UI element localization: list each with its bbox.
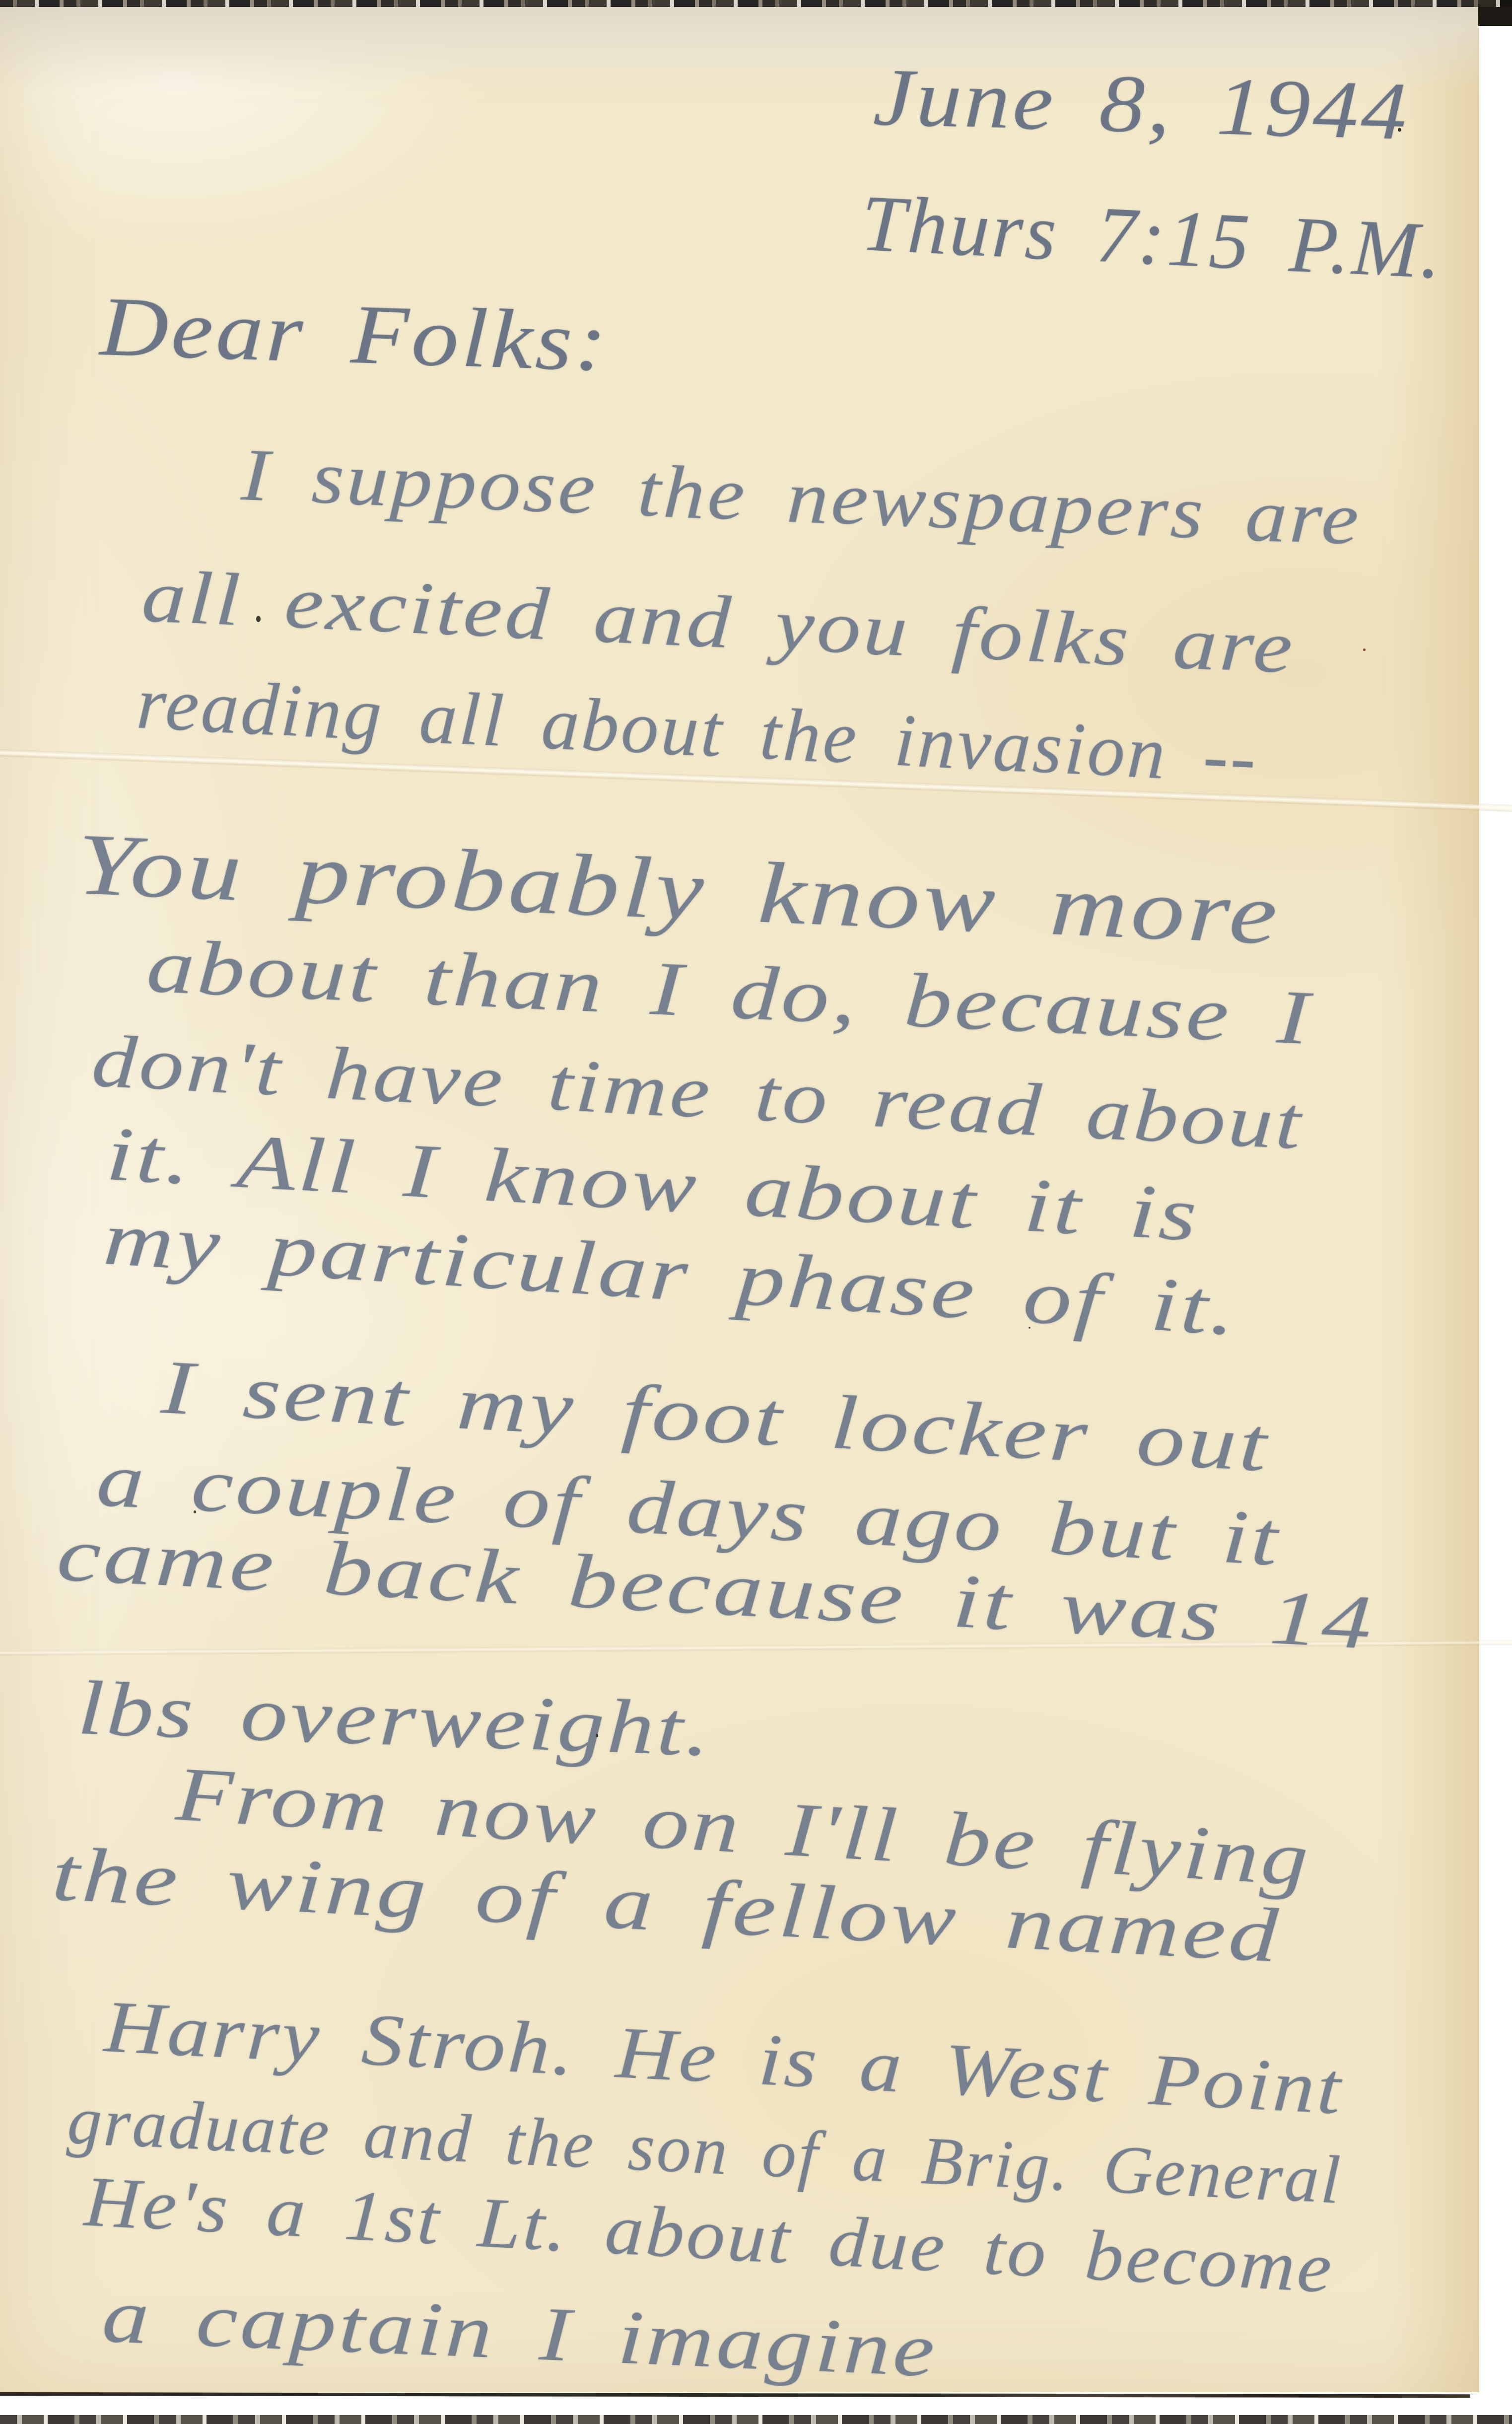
paper-speck: [194, 1510, 196, 1513]
body-line-12: lbs overweight.: [76, 1663, 714, 1775]
body-line-1: I suppose the newspapers are: [240, 432, 1363, 562]
scanner-edge-top: [0, 0, 1512, 7]
paper-speck: [1029, 1327, 1031, 1329]
paper-bottom-edge: [0, 2392, 1470, 2398]
scanner-edge-bottom: [0, 2415, 1512, 2424]
paper-speck: [1398, 128, 1401, 132]
body-line-18: a captain I imagine: [101, 2271, 939, 2395]
paper-speck: [596, 1734, 598, 1737]
paper-speck: [1363, 648, 1366, 651]
salutation-line: Dear Folks:: [99, 278, 611, 391]
date-line: June 8, 1944: [872, 50, 1411, 159]
time-line: Thurs 7:15 P.M.: [859, 177, 1445, 297]
scanned-letter-page: June 8, 1944 Thurs 7:15 P.M. Dear Folks:…: [0, 0, 1512, 2424]
paper-speck: [256, 616, 261, 622]
letter-paper: June 8, 1944 Thurs 7:15 P.M. Dear Folks:…: [0, 6, 1479, 2392]
